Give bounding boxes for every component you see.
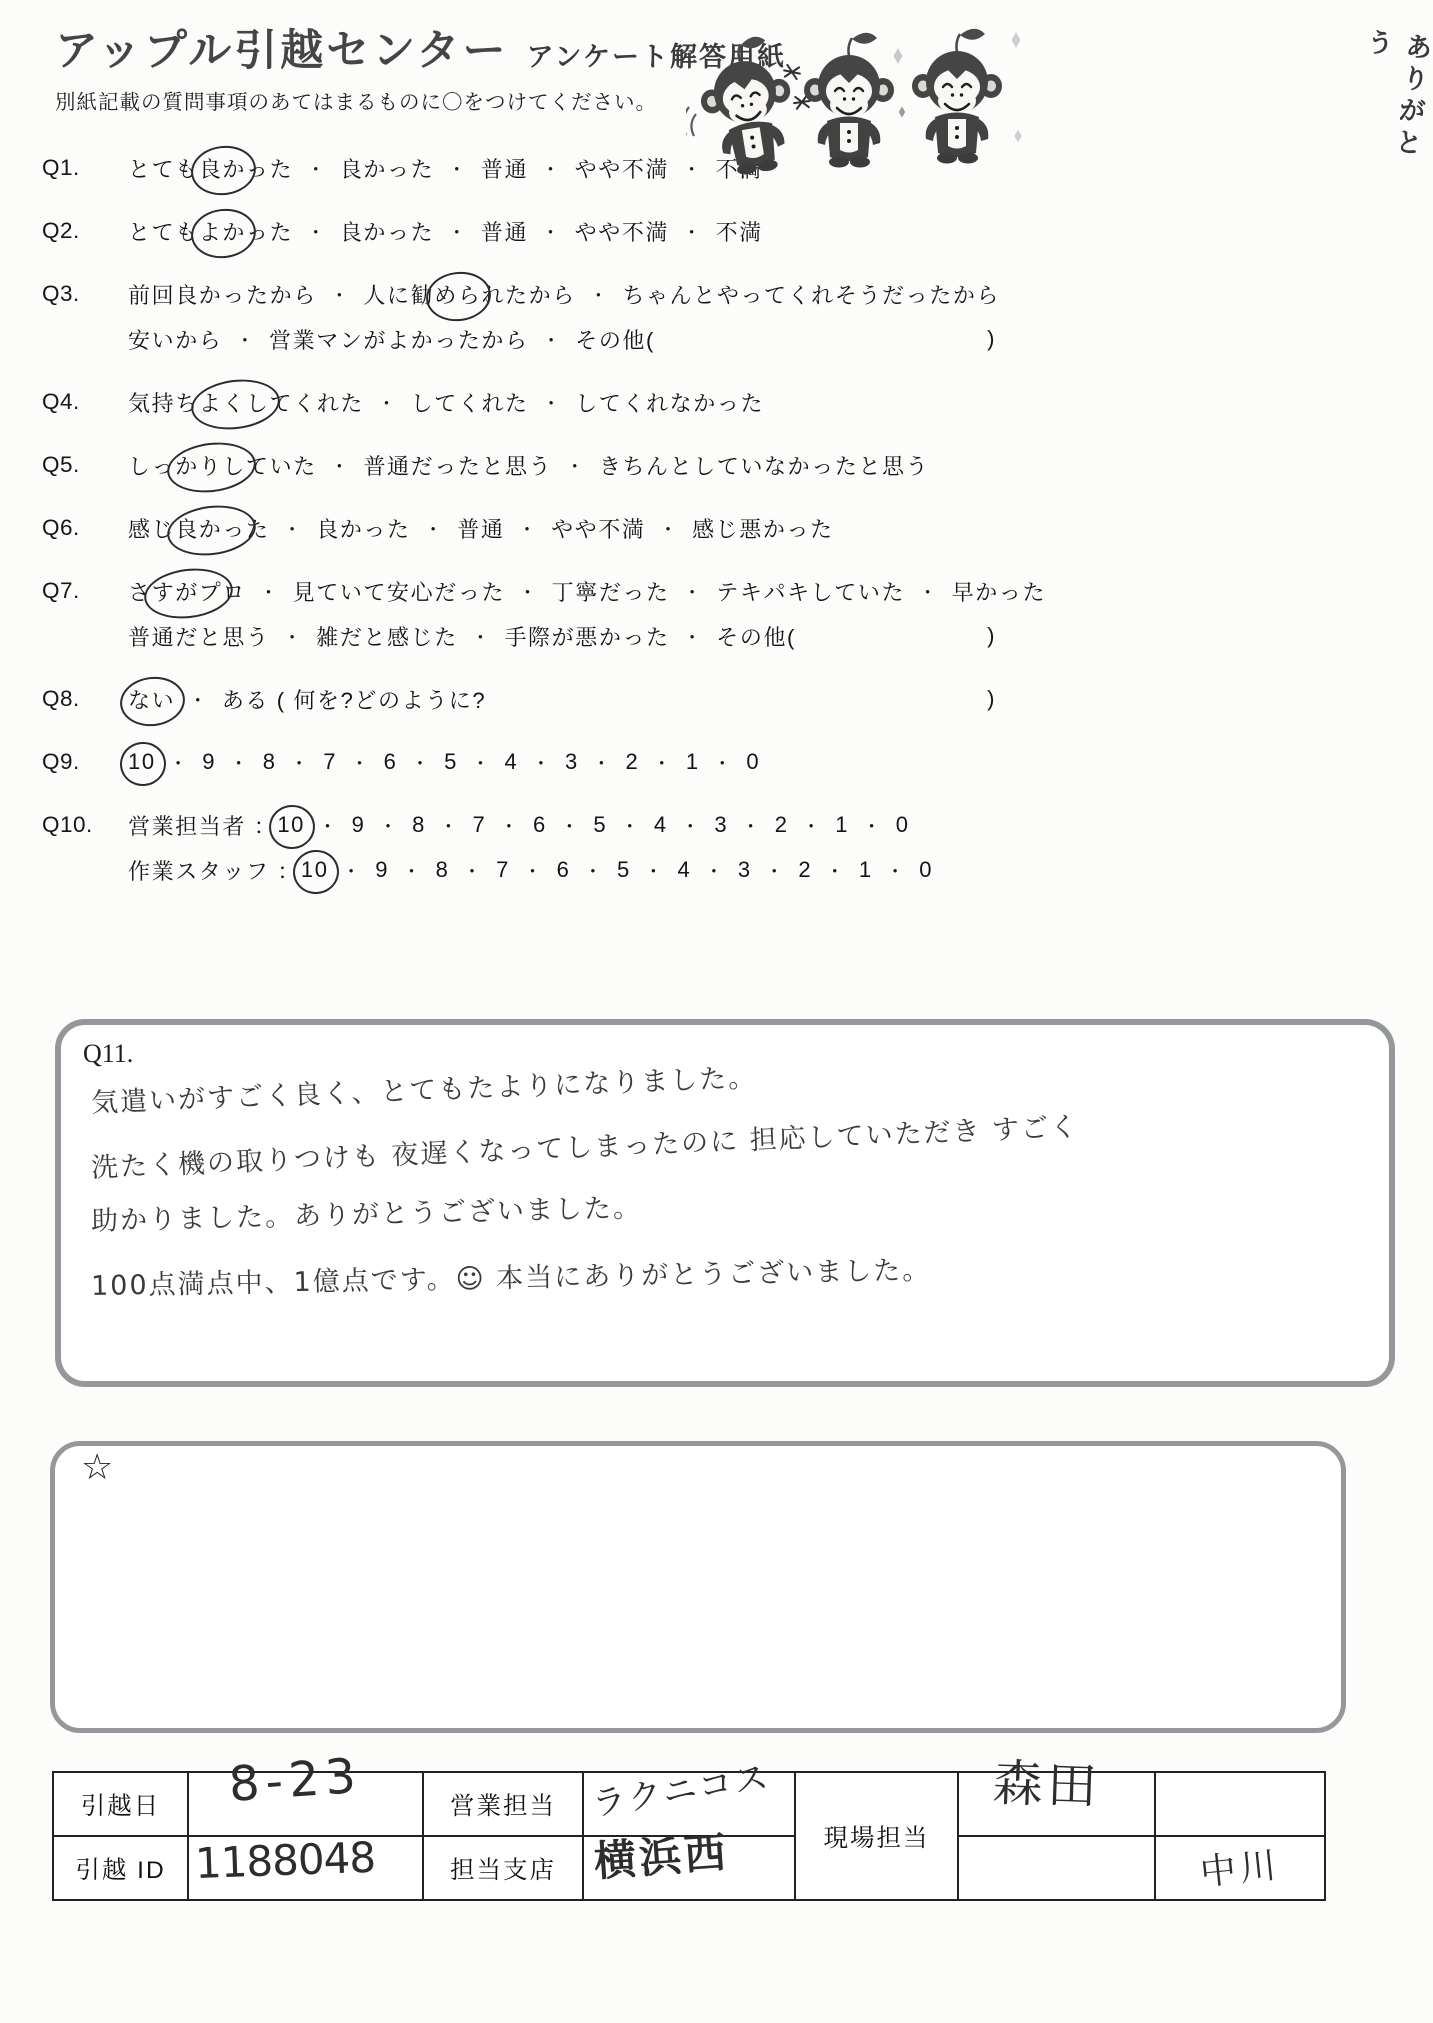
option-text: 8 (263, 749, 277, 775)
option-text: その他( (716, 621, 796, 652)
separator-dot: ・ (683, 578, 704, 605)
separator-dot: ・ (681, 812, 702, 839)
question-options: 10・9・8・7・6・5・4・3・2・1・0 (128, 745, 1433, 779)
circled-answer: よくし (199, 387, 270, 418)
circled-answer: 良かっ (175, 513, 246, 544)
separator-dot: ・ (378, 812, 399, 839)
move-id-label: 引越 ID (54, 1837, 189, 1901)
separator-dot: ・ (463, 857, 484, 884)
question-line: しっかりしていた・普通だったと思う・きちんとしていなかったと思う (128, 448, 1433, 482)
option-text: 早かった (952, 576, 1046, 607)
option-text: 普通だと思う (128, 621, 270, 652)
option-text: 6 (384, 749, 398, 775)
separator-dot: ・ (424, 515, 445, 542)
option-text: 4 (677, 857, 691, 883)
option-text: 営業マンがよかったから (269, 324, 529, 355)
separator-dot: ・ (350, 749, 371, 776)
question-options: さすがプロ・見ていて安心だった・丁寧だった・テキパキしていた・早かった普通だと思… (128, 574, 1433, 653)
thanks-vertical-text: ありがとう (1343, 26, 1433, 189)
option-text: 3 (565, 749, 579, 775)
option-text: 5 (617, 857, 631, 883)
option-text: 5 (593, 812, 607, 838)
sales-rep-label: 営業担当 (424, 1773, 584, 1837)
question-line: 作業スタッフ ：10・9・8・7・6・5・4・3・2・1・0 (128, 853, 1433, 887)
separator-dot: ・ (259, 578, 280, 605)
move-date-label: 引越日 (54, 1773, 189, 1837)
option-text: 人に勧 (363, 279, 434, 310)
separator-dot: ・ (583, 857, 604, 884)
question-number: Q9. (42, 745, 128, 779)
q11-lines: 気遣いがすごく良く、とてもたよりになりました。洗たく機の取りつけも 夜遅くなって… (91, 1075, 1363, 1303)
separator-dot: ・ (542, 389, 563, 416)
option-text: 4 (505, 749, 519, 775)
option-text: 雑だと感じた (316, 621, 458, 652)
field-staff-label: 現場担当 (796, 1773, 959, 1901)
option-text: 7 (473, 812, 487, 838)
move-id-handwriting: 1188048 (194, 1833, 376, 1888)
separator-dot: ・ (741, 812, 762, 839)
option-text: テキパキしていた (716, 576, 905, 607)
question-number: Q1. (42, 151, 128, 185)
option-text: 3 (738, 857, 752, 883)
separator-dot: ・ (330, 281, 351, 308)
separator-dot: ・ (169, 749, 190, 776)
separator-dot: ・ (541, 218, 562, 245)
question-options: 営業担当者 ：10・9・8・7・6・5・4・3・2・1・0作業スタッフ ：10・… (128, 808, 1433, 887)
option-text: 作業スタッフ ： (128, 855, 301, 886)
extra-comment-box: ☆ (50, 1441, 1346, 1733)
separator-dot: ・ (683, 623, 704, 650)
question-number: Q8. (42, 682, 128, 716)
option-text: 2 (798, 857, 812, 883)
branch-handwriting: 横浜西 (592, 1820, 731, 1889)
empty-cell-top-right (1156, 1773, 1326, 1837)
empty-cell-bottom (959, 1837, 1156, 1901)
option-text: ) (987, 326, 996, 352)
option-text: 丁寧だった (552, 576, 670, 607)
option-text: してくれた (411, 387, 529, 418)
separator-dot: ・ (592, 749, 613, 776)
question-line: 普通だと思う・雑だと感じた・手際が悪かった・その他() (128, 619, 996, 653)
field-staff-handwriting-1: 森田 (992, 1743, 1102, 1819)
circled-answer: かりし (175, 450, 246, 481)
option-text: とても (128, 216, 199, 247)
separator-dot: ・ (518, 578, 539, 605)
separator-dot: ・ (517, 515, 538, 542)
separator-dot: ・ (886, 857, 907, 884)
mascot-monkeys-illustration (686, 14, 1026, 180)
option-text: その他( (575, 324, 655, 355)
option-text: 6 (533, 812, 547, 838)
option-text: きちんとしていなかったと思う (599, 450, 929, 481)
move-date-cell: 8-23 (189, 1773, 424, 1837)
question-number: Q10. (42, 808, 128, 887)
option-text: 前回良かったから (128, 279, 317, 310)
separator-dot: ・ (541, 155, 562, 182)
option-text: 普通だったと思う (363, 450, 552, 481)
question-q4: Q4.気持ちよくしてくれた・してくれた・してくれなかった (42, 385, 1433, 419)
separator-dot: ・ (825, 857, 846, 884)
option-text: ) (987, 686, 996, 712)
option-text: ) (987, 623, 996, 649)
separator-dot: ・ (471, 623, 492, 650)
move-id-cell: 1188048 (189, 1837, 424, 1901)
option-text: 感じ悪かった (692, 513, 834, 544)
separator-dot: ・ (918, 578, 939, 605)
question-number: Q2. (42, 214, 128, 248)
question-line: 10・9・8・7・6・5・4・3・2・1・0 (128, 745, 1433, 779)
option-text: ちゃんとやってくれそうだったから (622, 279, 1000, 310)
option-text: ていた (246, 450, 317, 481)
circled-answer: ない (128, 684, 175, 715)
option-text: 良かった (316, 513, 410, 544)
separator-dot: ・ (542, 326, 563, 353)
option-text: 9 (202, 749, 216, 775)
option-text: やや不満 (575, 216, 669, 247)
separator-dot: ・ (235, 326, 256, 353)
sales-rep-handwriting: ラクニコス (588, 1749, 773, 1825)
option-text: 安いから (128, 324, 222, 355)
option-text: 良かった (340, 216, 434, 247)
option-text: 0 (746, 749, 760, 775)
separator-dot: ・ (188, 686, 209, 713)
circled-answer: 10 (301, 857, 329, 883)
separator-dot: ・ (439, 812, 460, 839)
question-q2: Q2.とてもよかった・良かった・普通・やや不満・不満 (42, 214, 1433, 248)
option-text: 3 (714, 812, 728, 838)
option-text: 見ていて安心だった (293, 576, 505, 607)
circled-answer: よか (199, 216, 246, 247)
option-text: 1 (859, 857, 873, 883)
separator-dot: ・ (342, 857, 363, 884)
separator-dot: ・ (682, 218, 703, 245)
separator-dot: ・ (704, 857, 725, 884)
separator-dot: ・ (589, 281, 610, 308)
handwritten-comment-line: 助かりました。ありがとうございました。 (91, 1168, 1364, 1238)
circled-answer: 10 (128, 749, 156, 775)
move-date-handwriting: 8-23 (227, 1748, 364, 1813)
circled-answer: 良か (199, 153, 246, 184)
option-text: 1 (835, 812, 849, 838)
question-line: ない・ある ( 何を?どのように?) (128, 682, 996, 716)
q11-label: Q11. (83, 1039, 133, 1069)
separator-dot: ・ (652, 749, 673, 776)
option-text: 0 (919, 857, 933, 883)
handwritten-comment-line: 100点満点中、1億点です。☺ 本当にありがとうございました。 (91, 1240, 1364, 1303)
option-text: 2 (775, 812, 789, 838)
question-q5: Q5.しっかりしていた・普通だったと思う・きちんとしていなかったと思う (42, 448, 1433, 482)
circled-answer: めら (434, 279, 481, 310)
separator-dot: ・ (377, 389, 398, 416)
option-text: 8 (436, 857, 450, 883)
separator-dot: ・ (306, 218, 327, 245)
question-q10: Q10.営業担当者 ：10・9・8・7・6・5・4・3・2・1・0作業スタッフ … (42, 808, 1433, 887)
option-text: 1 (686, 749, 700, 775)
option-text: 8 (412, 812, 426, 838)
circled-answer: すがプ (152, 576, 223, 607)
option-text: 0 (896, 812, 910, 838)
separator-dot: ・ (330, 452, 351, 479)
separator-dot: ・ (620, 812, 641, 839)
question-options: 前回良かったから・人に勧められたから・ちゃんとやってくれそうだったから安いから・… (128, 277, 1433, 356)
separator-dot: ・ (531, 749, 552, 776)
footer-table: 引越日 8-23 営業担当 ラクニコス 現場担当 森田 引越 ID 118804… (52, 1771, 1326, 1901)
option-text: 6 (557, 857, 571, 883)
field-staff-cell-2: 中川 (1156, 1837, 1326, 1901)
question-q9: Q9.10・9・8・7・6・5・4・3・2・1・0 (42, 745, 1433, 779)
separator-dot: ・ (318, 812, 339, 839)
separator-dot: ・ (402, 857, 423, 884)
option-text: やや不満 (551, 513, 645, 544)
option-text: 9 (352, 812, 366, 838)
separator-dot: ・ (499, 812, 520, 839)
option-text: 4 (654, 812, 668, 838)
option-text: 手際が悪かった (504, 621, 669, 652)
separator-dot: ・ (765, 857, 786, 884)
separator-dot: ・ (565, 452, 586, 479)
separator-dot: ・ (658, 515, 679, 542)
option-text: 7 (323, 749, 337, 775)
option-text: ある ( 何を?どのように? (222, 684, 486, 715)
option-text: 普通 (481, 153, 528, 184)
question-line: 営業担当者 ：10・9・8・7・6・5・4・3・2・1・0 (128, 808, 1433, 842)
question-options: とてもよかった・良かった・普通・やや不満・不満 (128, 214, 1433, 248)
option-text: 良かった (340, 153, 434, 184)
option-text: 普通 (457, 513, 504, 544)
q11-comment-box: Q11. 気遣いがすごく良く、とてもたよりになりました。洗たく機の取りつけも 夜… (55, 1019, 1395, 1387)
option-text: 9 (375, 857, 389, 883)
option-text: 普通 (481, 216, 528, 247)
field-staff-handwriting-2: 中川 (1197, 1837, 1282, 1896)
question-number: Q4. (42, 385, 128, 419)
separator-dot: ・ (410, 749, 431, 776)
question-line: 感じ良かった・良かった・普通・やや不満・感じ悪かった (128, 511, 1433, 545)
separator-dot: ・ (560, 812, 581, 839)
separator-dot: ・ (447, 218, 468, 245)
circled-answer: 10 (277, 812, 305, 838)
mascot-area: ありがとう (686, 14, 1433, 186)
separator-dot: ・ (523, 857, 544, 884)
separator-dot: ・ (644, 857, 665, 884)
question-number: Q6. (42, 511, 128, 545)
option-text: 2 (625, 749, 639, 775)
question-line: とてもよかった・良かった・普通・やや不満・不満 (128, 214, 1433, 248)
separator-dot: ・ (229, 749, 250, 776)
separator-dot: ・ (471, 749, 492, 776)
scanned-survey-sheet: アップル引越センター アンケート解答用紙 別紙記載の質問事項のあてはまるものに〇… (0, 0, 1433, 2023)
option-text: 営業担当者 ： (128, 810, 277, 841)
question-line: 前回良かったから・人に勧められたから・ちゃんとやってくれそうだったから (128, 277, 1433, 311)
question-number: Q5. (42, 448, 128, 482)
question-options: しっかりしていた・普通だったと思う・きちんとしていなかったと思う (128, 448, 1433, 482)
question-q6: Q6.感じ良かった・良かった・普通・やや不満・感じ悪かった (42, 511, 1433, 545)
separator-dot: ・ (283, 515, 304, 542)
question-options: 気持ちよくしてくれた・してくれた・してくれなかった (128, 385, 1433, 419)
separator-dot: ・ (713, 749, 734, 776)
question-q8: Q8.ない・ある ( 何を?どのように?) (42, 682, 1433, 716)
field-staff-cell-1: 森田 (959, 1773, 1156, 1837)
question-q3: Q3.前回良かったから・人に勧められたから・ちゃんとやってくれそうだったから安い… (42, 277, 1433, 356)
questions: Q1.とても良かった・良かった・普通・やや不満・不満Q2.とてもよかった・良かっ… (42, 151, 1433, 887)
question-number: Q3. (42, 277, 128, 356)
option-text: 気持ち (128, 387, 199, 418)
option-text: 7 (496, 857, 510, 883)
separator-dot: ・ (283, 623, 304, 650)
question-options: 感じ良かった・良かった・普通・やや不満・感じ悪かった (128, 511, 1433, 545)
separator-dot: ・ (290, 749, 311, 776)
question-number: Q7. (42, 574, 128, 653)
option-text: 不満 (716, 216, 763, 247)
option-text: してくれなかった (575, 387, 764, 418)
option-text: とても (128, 153, 199, 184)
option-text: 5 (444, 749, 458, 775)
option-text: やや不満 (575, 153, 669, 184)
separator-dot: ・ (802, 812, 823, 839)
option-text: れたから (481, 279, 575, 310)
question-line: 安いから・営業マンがよかったから・その他() (128, 322, 996, 356)
branch-cell: 横浜西 (584, 1837, 796, 1901)
separator-dot: ・ (862, 812, 883, 839)
question-options: ない・ある ( 何を?どのように?) (128, 682, 1433, 716)
separator-dot: ・ (306, 155, 327, 182)
branch-label: 担当支店 (424, 1837, 584, 1901)
brand-title: アップル引越センター (55, 30, 509, 73)
question-q7: Q7.さすがプロ・見ていて安心だった・丁寧だった・テキパキしていた・早かった普通… (42, 574, 1433, 653)
question-line: 気持ちよくしてくれた・してくれた・してくれなかった (128, 385, 1433, 419)
question-line: さすがプロ・見ていて安心だった・丁寧だった・テキパキしていた・早かった (128, 574, 1433, 608)
option-text: てくれた (270, 387, 364, 418)
star-mark: ☆ (81, 1446, 113, 1488)
separator-dot: ・ (447, 155, 468, 182)
